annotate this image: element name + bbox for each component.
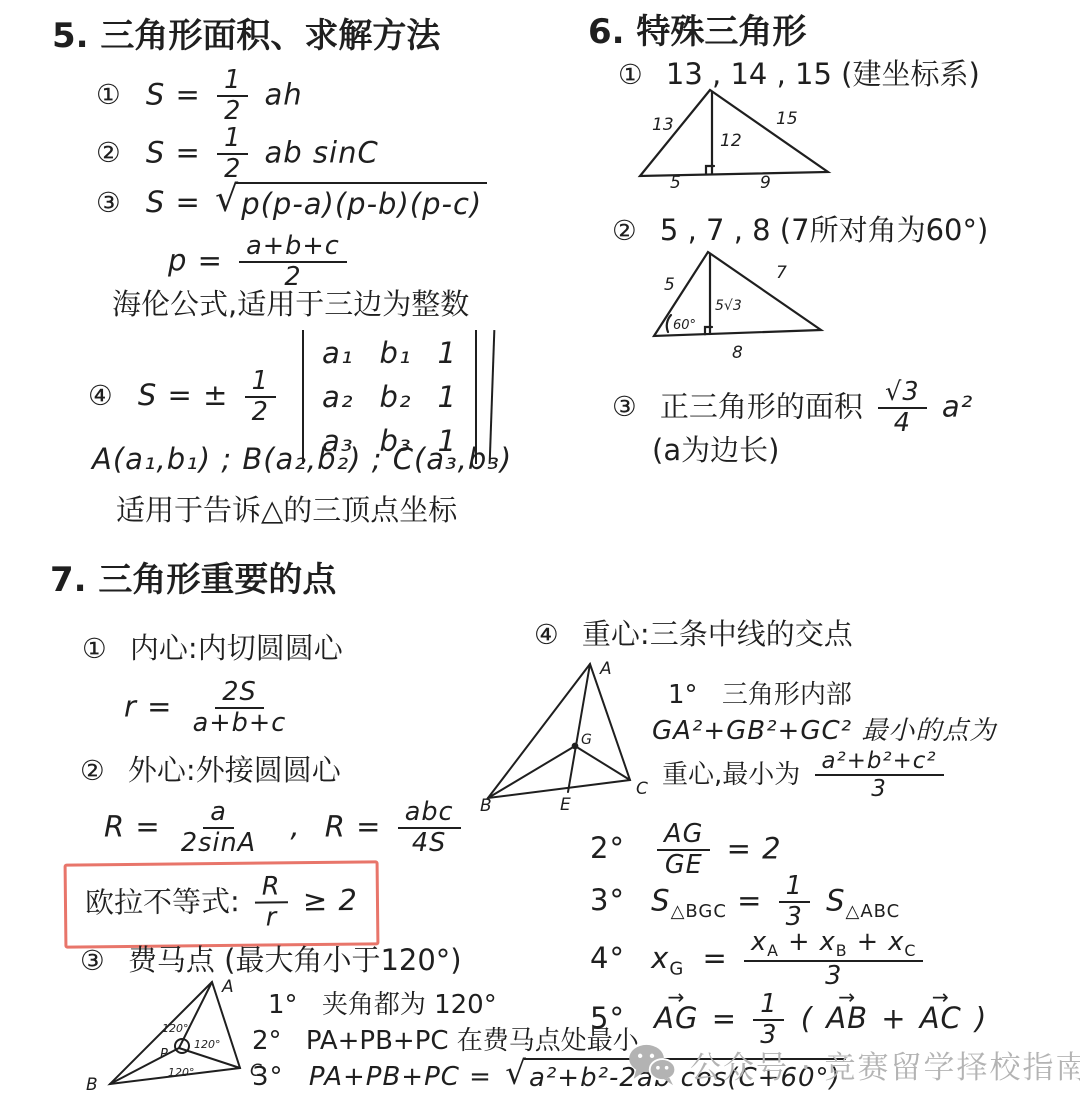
x: x — [888, 927, 904, 957]
mark-1deg: 1° — [268, 990, 298, 1020]
euler-label: 欧拉不等式: — [85, 884, 240, 920]
S-abc-sub: △ABC — [846, 901, 901, 922]
vector-AB: →AB — [826, 1001, 868, 1035]
radical-sign: √ — [215, 181, 239, 217]
x-sub-G: G — [669, 959, 684, 980]
fraction-coordinate-mean: xA + xB + xC 3 — [744, 928, 923, 992]
equilateral-area-note: (a为边长) — [652, 428, 779, 469]
item-number-1: ① — [82, 633, 107, 665]
close-paren: ) — [975, 1001, 987, 1035]
mark-5deg: 5° — [590, 1001, 625, 1035]
matrix-cell: b₂ — [379, 380, 411, 414]
mark-2deg: 2° — [252, 1026, 282, 1056]
vector-arrow: → — [932, 985, 950, 1009]
section5-title: 5. 三角形面积、求解方法 — [52, 8, 440, 57]
rhs: ah — [265, 77, 303, 111]
point-label-G: G — [581, 732, 592, 748]
open-paren: ( — [801, 1001, 813, 1035]
item-number-1: ① — [96, 79, 122, 111]
centroid-text: 重心:三条中线的交点 — [582, 617, 853, 651]
point-label-E: E — [560, 795, 571, 812]
altitude-label-5sqrt3: 5√3 — [715, 298, 742, 314]
centroid-line: ④ 重心:三条中线的交点 — [534, 612, 853, 653]
fermat-property-1: 1° 夹角都为 120° — [268, 984, 497, 1021]
triangle-5-7-8-label: 5 , 7 , 8 (7所对角为60°) — [660, 213, 988, 247]
property-text: PA+PB+PC 在费马点处最小 — [306, 1026, 639, 1056]
S-bgc-sub: △BGC — [671, 901, 727, 922]
centroid-property-3: 3° S△BGC = 13 S△ABC — [590, 872, 900, 933]
vertex-label-B: B — [480, 796, 492, 812]
angle-label-120-1: 120° — [162, 1022, 189, 1035]
triangle-and-medians — [488, 664, 630, 798]
lhs: r = — [124, 689, 172, 723]
centroid-property-1c: 重心,最小为 a²+b²+c²3 — [662, 748, 950, 803]
x: x — [751, 927, 767, 957]
angle-arc — [667, 315, 671, 332]
item-number-3: ③ — [96, 187, 122, 219]
angle-label-60: 60° — [673, 318, 696, 333]
wechat-icon — [628, 1044, 676, 1086]
item-number-2: ② — [96, 137, 122, 169]
circumradius-formulas: R = a2sinA , R = abc4S — [104, 798, 467, 859]
formula-area-absin: ② S = 12 ab sinC — [96, 124, 379, 185]
property-text: 夹角都为 120° — [322, 990, 497, 1020]
vector-arrow: → — [667, 985, 685, 1009]
side-label-5: 5 — [664, 275, 675, 295]
euler-inequality-box: 欧拉不等式: Rr ≥ 2 — [64, 860, 380, 948]
vertex-label-C: C — [636, 779, 648, 799]
rhs: ab sinC — [265, 135, 379, 169]
lhs: PA+PB+PC = — [309, 1062, 492, 1092]
incenter-text: 内心:内切圆圆心 — [130, 631, 343, 665]
fraction-one-half: 12 — [245, 367, 276, 428]
handwritten-math-notes-page: 5. 三角形面积、求解方法 ① S = 12 ah ② S = 12 ab si… — [0, 0, 1080, 1107]
altitude-label-12: 12 — [720, 131, 742, 151]
centroid-property-1a: 1° 三角形内部 — [668, 674, 852, 711]
side-label-15: 15 — [776, 109, 798, 129]
equals: = — [712, 1001, 737, 1035]
triangle-13-14-15-diagram: 13 12 15 5 9 — [628, 84, 843, 189]
item-number-2: ② — [80, 755, 105, 787]
vector-arrow: → — [838, 985, 856, 1009]
a-squared: a² — [942, 389, 973, 423]
angle-label-120-2: 120° — [194, 1038, 221, 1051]
item-number-3: ③ — [612, 391, 637, 423]
triangle-5-7-8-diagram: 5 60° 5√3 7 8 — [646, 244, 831, 362]
square-root: √p(p-a)(p-b)(p-c) — [215, 182, 487, 221]
matrix-cell: a₁ — [322, 336, 353, 370]
equilateral-area-text: 正三角形的面积 — [660, 389, 863, 423]
item-number-4: ④ — [534, 619, 559, 651]
side-label-7: 7 — [776, 263, 787, 283]
comma: , — [290, 809, 300, 843]
vector-AG: →AG — [654, 1001, 698, 1035]
fraction-sumsq-over-3: a²+b²+c²3 — [815, 748, 944, 803]
x: x — [820, 927, 836, 957]
inequality-relation: ≥ 2 — [303, 883, 358, 918]
vector-AC: →AC — [920, 1001, 962, 1035]
vertex-coordinates-line: A(a₁,b₁) ; B(a₂,b₂) ; C(a₃,b₃) — [92, 442, 512, 476]
fraction-one-half: 12 — [217, 124, 248, 185]
fermat-point-diagram: A B C P 120° 120° 120° — [82, 972, 267, 1104]
x: x — [651, 941, 669, 975]
min-value-text: 重心,最小为 — [662, 760, 800, 790]
plus: + — [788, 927, 810, 957]
mark-1deg: 1° — [668, 680, 698, 710]
x-sub-C: C — [904, 941, 916, 960]
lhs2: R = — [325, 809, 382, 843]
mark-2deg: 2° — [590, 831, 625, 865]
formula-heron: ③ S = √p(p-a)(p-b)(p-c) — [96, 182, 487, 221]
lhs: S = ± — [138, 378, 228, 412]
vertex-label-A: A — [221, 977, 234, 997]
fermat-property-2: 2° PA+PB+PC 在费马点处最小 — [252, 1020, 639, 1057]
base-label-8: 8 — [732, 343, 743, 362]
matrix-cell: a₂ — [322, 380, 353, 414]
fraction-one-half: 12 — [217, 66, 248, 127]
mark-4deg: 4° — [590, 941, 625, 975]
item-number-4: ④ — [88, 380, 114, 412]
S-abc: S — [826, 883, 845, 917]
vertex-label-B: B — [86, 1075, 98, 1095]
mark-3deg: 3° — [590, 883, 625, 917]
segments-BG-CG — [488, 746, 630, 798]
base-label-5: 5 — [670, 173, 681, 189]
item-number-2: ② — [612, 215, 637, 247]
plus: + — [857, 927, 879, 957]
special-triangle-5-7-8: ② 5 , 7 , 8 (7所对角为60°) — [612, 208, 988, 249]
lhs: S = — [146, 77, 201, 111]
centroid-property-4: 4° xG = xA + xB + xC 3 — [590, 928, 929, 992]
centroid-property-1b: GA²+GB²+GC² 最小的点为 — [652, 710, 996, 747]
section7-title: 7. 三角形重要的点 — [50, 552, 336, 601]
property-text: 三角形内部 — [722, 680, 852, 710]
incenter-line: ① 内心:内切圆圆心 — [82, 626, 343, 667]
matrix-cell: b₁ — [379, 336, 411, 370]
lhs: p = — [168, 243, 223, 277]
equals-2: = 2 — [727, 831, 782, 865]
fraction-a-over-2sinA: a2sinA — [177, 798, 260, 859]
plus: + — [881, 1001, 906, 1035]
equals: = — [737, 883, 762, 917]
lhs: S = — [146, 185, 201, 219]
fraction-abc-over-4s: abc4S — [398, 798, 461, 859]
vertex-label-A: A — [599, 659, 612, 679]
median-AE — [568, 664, 590, 792]
heron-note: 海伦公式,适用于三边为整数 — [112, 282, 469, 323]
determinant-note: 适用于告诉△的三顶点坐标 — [116, 488, 457, 529]
angle-label-120-3: 120° — [168, 1066, 195, 1079]
x-sub-A: A — [767, 941, 779, 960]
fraction-R-over-r: Rr — [255, 872, 288, 933]
inradius-formula: r = 2Sa+b+c — [124, 678, 296, 739]
point-label-P: P — [160, 1047, 168, 1062]
radicand: p(p-a)(p-b)(p-c) — [236, 182, 487, 221]
centroid-diagram: A B C G E — [478, 652, 653, 812]
circumcenter-text: 外心:外接圆圆心 — [128, 753, 341, 787]
fraction-2s-over-perimeter: 2Sa+b+c — [189, 678, 291, 739]
x-sub-B: B — [836, 941, 848, 960]
base-label-9: 9 — [760, 173, 771, 189]
radical-sign: √ — [505, 1057, 527, 1090]
centroid-dot — [573, 744, 578, 749]
side-label-13: 13 — [652, 115, 674, 135]
matrix-cell: 1 — [438, 380, 457, 414]
matrix-cell: 1 — [438, 336, 457, 370]
mark-3deg: 3° — [252, 1062, 284, 1092]
S-bgc: S — [651, 883, 670, 917]
fraction-sqrt3-over-4: √34 — [878, 378, 927, 439]
fraction-one-third: 13 — [779, 872, 810, 933]
lhs: R = — [104, 809, 161, 843]
circumcenter-line: ② 外心:外接圆圆心 — [80, 748, 341, 789]
watermark-text: 公众号 · 竞赛留学择校指南 — [690, 1042, 1080, 1087]
equals: = — [703, 941, 728, 975]
formula-area-half-ah: ① S = 12 ah — [96, 66, 303, 127]
sum-of-squares: GA²+GB²+GC² 最小的点为 — [652, 716, 996, 746]
watermark: 公众号 · 竞赛留学择校指南 — [628, 1042, 1080, 1087]
section6-title: 6. 特殊三角形 — [588, 4, 806, 53]
lhs: S = — [146, 135, 201, 169]
